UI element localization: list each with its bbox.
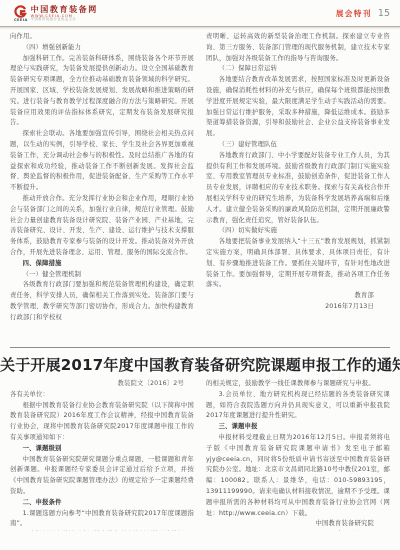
section-heading: 一、课题级别	[10, 444, 194, 455]
paragraph: 推动开放合作。充分发挥行业协会和企业作用，理顺行业协会与装备部门之间的关系，加强…	[10, 194, 194, 259]
signature-line: 教育部	[206, 291, 390, 302]
section-heading: 四、保障措施	[10, 259, 194, 270]
notice-body: 教装院文〔2016〕2号各有关单位：根据中国教育装备行业协会教育装备研究院（以下…	[0, 379, 400, 531]
page-number: 15	[378, 8, 390, 19]
subsection-heading: （四）切实做好实施	[206, 226, 390, 237]
subsection-heading: （四）增强创新能力	[10, 43, 194, 54]
paragraph: 3.会员单位、地方研究机构现已经结题的各类装备研究课题，如符合我院选题方向并仍具…	[206, 390, 390, 422]
doc-number: 教装院文〔2016〕2号	[10, 379, 194, 390]
paragraph: 申报材料受理截止日期为2016年12月5日。申报者须将电子版《中国教育装备研究院…	[206, 433, 390, 519]
paragraph: 各地要把装备事业发展纳入“十三五”教育发展规划，抓紧制定实施方案，明确具体部署、…	[206, 237, 390, 291]
paragraph: 1.课题选题方向参考“中国教育装备研究院2017年度课题指南”。	[10, 509, 194, 531]
issue-label: 展会特刊	[336, 8, 372, 19]
brand-text: 中国教育装备网 WWW.CEEIA.COM 中国教育装备行业协会主办	[31, 5, 98, 22]
paragraph: 各地教育行政部门、中小学要配好装备专业工作人员，为其提供有利工作和发展环境。鼓励…	[206, 151, 390, 227]
paragraph: 加强科研工作。完善装备科研体系，围绕装备各个环节开展理论与实践研究，为装备发展提…	[10, 54, 194, 130]
issue-block: 展会特刊 15	[336, 8, 390, 19]
top-article-column-left: 向作用。（四）增强创新能力加强科研工作。完善装备科研体系，围绕装备各个环节开展理…	[10, 32, 194, 345]
brand-subtitle: 中国教育装备行业协会主办	[31, 18, 98, 22]
brand-mark: CEEIA	[14, 5, 28, 23]
paragraph: 根据中国教育装备行业协会教育装备研究院（以下简称中国教育装备研究院）2016年度…	[10, 401, 194, 444]
magazine-page: CEEIA 中国教育装备网 WWW.CEEIA.COM 中国教育装备行业协会主办…	[0, 0, 400, 550]
signature-line: 2016年10月18日	[206, 530, 390, 531]
paragraph: 2.申报课题应遵循《中国教育装备研究院课题管理办法》	[10, 530, 194, 531]
paragraph: 各级教育行政部门要加强和规范装备管理机构建设，确定职责任务，科学安排人员，确保相…	[10, 280, 194, 323]
paragraph: 探索社会联动。各地要加强宣传引导，围绕社会相关热点问题，以生动的实例，引导学校、…	[10, 129, 194, 194]
signature-line: 2016年7月13日	[206, 302, 390, 313]
subsection-heading: （一）健全管理机制	[10, 270, 194, 281]
brand-name: 中国教育装备网	[31, 5, 98, 14]
section-heading: 三、课题申报	[206, 422, 390, 433]
paragraph: 的相关规定，鼓励教学一线任课教师参与课题研究与申报。	[206, 379, 390, 390]
subsection-heading: （二）保障日常运转	[206, 64, 390, 75]
paragraph: 各有关单位：	[10, 390, 194, 401]
section-heading: 二、申报条件	[10, 498, 194, 509]
paragraph: 责明晰、运转高效的新型装备治理工作机制。探索建立专业咨询、第三方服务、装备部门管…	[206, 32, 390, 64]
paragraph: 各地要结合教育改革发展需求，按照国家标准及时更新设备设施，确保消耗性材料的补充与…	[206, 75, 390, 140]
brand-abbr: CEEIA	[14, 19, 28, 23]
brand-block: CEEIA 中国教育装备网 WWW.CEEIA.COM 中国教育装备行业协会主办	[14, 5, 98, 23]
paragraph: 向作用。	[10, 32, 194, 43]
notice-column-left: 教装院文〔2016〕2号各有关单位：根据中国教育装备行业协会教育装备研究院（以下…	[10, 379, 194, 531]
notice-title: 关于开展2017年度中国教育装备研究院课题申报工作的通知	[0, 348, 400, 379]
subsection-heading: （三）建好管理队伍	[206, 140, 390, 151]
paragraph: 中国教育装备研究院研究课题分重点课题、一般课题和青年创新课题。申报课题经专家委员…	[10, 455, 194, 498]
ceeia-logo-icon	[14, 5, 27, 18]
page-header: CEEIA 中国教育装备网 WWW.CEEIA.COM 中国教育装备行业协会主办…	[0, 0, 400, 27]
notice-column-right: 的相关规定，鼓励教学一线任课教师参与课题研究与申报。3.会员单位、地方研究机构现…	[206, 379, 390, 531]
signature-line: 中国教育装备研究院	[206, 519, 390, 530]
top-article: 向作用。（四）增强创新能力加强科研工作。完善装备科研体系，围绕装备各个环节开展理…	[0, 32, 400, 345]
top-article-column-right: 责明晰、运转高效的新型装备治理工作机制。探索建立专业咨询、第三方服务、装备部门管…	[206, 32, 390, 345]
